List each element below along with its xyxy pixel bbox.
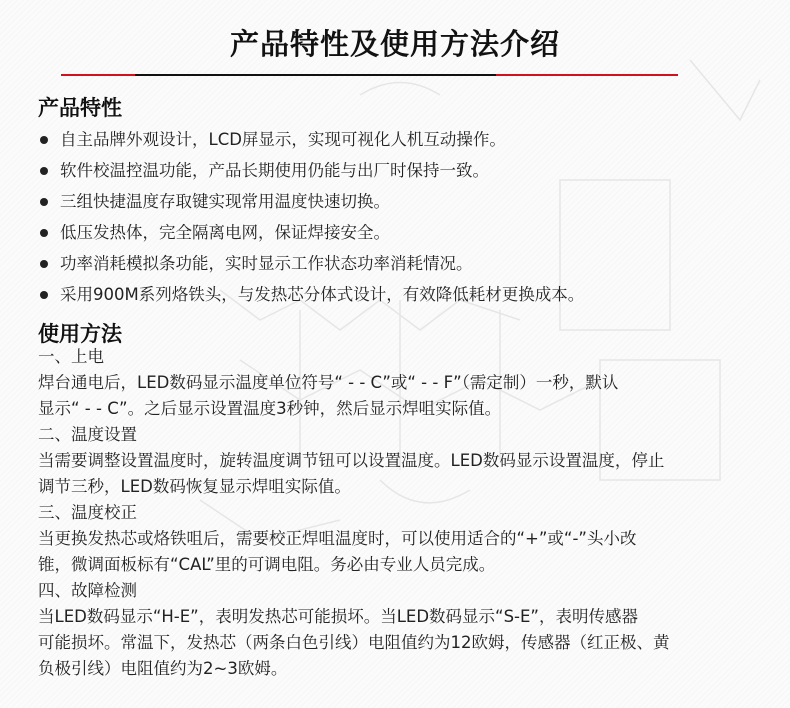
bullet-icon — [40, 136, 48, 144]
feature-item: 低压发热体，完全隔离电网，保证焊接安全。 — [38, 217, 778, 248]
section-line: 焊台通电后，LED数码显示温度单位符号“ - - C”或“ - - F”（需定制… — [38, 370, 758, 396]
bullet-icon — [40, 260, 48, 268]
usage-section-power-on: 一、上电 焊台通电后，LED数码显示温度单位符号“ - - C”或“ - - F… — [38, 344, 758, 422]
section-title: 二、温度设置 — [38, 422, 758, 448]
feature-item: 采用900M系列烙铁头，与发热芯分体式设计，有效降低耗材更换成本。 — [38, 279, 778, 310]
bullet-icon — [40, 229, 48, 237]
section-line: 显示“ - - C”。之后显示设置温度3秒钟，然后显示焊咀实际值。 — [38, 396, 758, 422]
feature-item: 三组快捷温度存取键实现常用温度快速切换。 — [38, 186, 778, 217]
section-title: 四、故障检测 — [38, 578, 758, 604]
usage-section-temp-calibration: 三、温度校正 当更换发热芯或烙铁咀后，需要校正焊咀温度时，可以使用适合的“+”或… — [38, 500, 758, 578]
section-line: 可能损坏。常温下，发热芯（两条白色引线）电阻值约为12欧姆，传感器（红正极、黄 — [38, 630, 758, 656]
product-intro-page: 产品特性及使用方法介绍 产品特性 自主品牌外观设计，LCD屏显示，实现可视化人机… — [0, 0, 790, 708]
divider-accent-right — [496, 74, 678, 76]
divider-center — [135, 74, 496, 76]
usage-sections: 一、上电 焊台通电后，LED数码显示温度单位符号“ - - C”或“ - - F… — [38, 344, 758, 682]
feature-item: 自主品牌外观设计，LCD屏显示，实现可视化人机互动操作。 — [38, 124, 778, 155]
feature-text: 软件校温控温功能，产品长期使用仍能与出厂时保持一致。 — [60, 155, 489, 186]
feature-item: 功率消耗模拟条功能，实时显示工作状态功率消耗情况。 — [38, 248, 778, 279]
feature-item: 软件校温控温功能，产品长期使用仍能与出厂时保持一致。 — [38, 155, 778, 186]
bullet-icon — [40, 167, 48, 175]
page-title: 产品特性及使用方法介绍 — [0, 22, 790, 63]
features-list: 自主品牌外观设计，LCD屏显示，实现可视化人机互动操作。 软件校温控温功能，产品… — [38, 124, 778, 310]
section-title: 一、上电 — [38, 344, 758, 370]
usage-section-fault-detection: 四、故障检测 当LED数码显示“H-E”，表明发热芯可能损坏。当LED数码显示“… — [38, 578, 758, 682]
section-line: 负极引线）电阻值约为2~3欧姆。 — [38, 656, 758, 682]
bullet-icon — [40, 198, 48, 206]
feature-text: 采用900M系列烙铁头，与发热芯分体式设计，有效降低耗材更换成本。 — [60, 279, 584, 310]
bullet-icon — [40, 291, 48, 299]
section-line: 当需要调整设置温度时，旋转温度调节钮可以设置温度。LED数码显示设置温度，停止 — [38, 448, 758, 474]
feature-text: 自主品牌外观设计，LCD屏显示，实现可视化人机互动操作。 — [60, 124, 506, 155]
section-line: 当LED数码显示“H-E”，表明发热芯可能损坏。当LED数码显示“S-E”，表明… — [38, 604, 758, 630]
section-line: 锥，微调面板标有“CAL”里的可调电阻。务必由专业人员完成。 — [38, 552, 758, 578]
section-line: 当更换发热芯或烙铁咀后，需要校正焊咀温度时，可以使用适合的“+”或“-”头小改 — [38, 526, 758, 552]
feature-text: 低压发热体，完全隔离电网，保证焊接安全。 — [60, 217, 390, 248]
title-divider — [61, 74, 678, 76]
usage-section-temp-setting: 二、温度设置 当需要调整设置温度时，旋转温度调节钮可以设置温度。LED数码显示设… — [38, 422, 758, 500]
feature-text: 功率消耗模拟条功能，实时显示工作状态功率消耗情况。 — [60, 248, 473, 279]
section-line: 调节三秒，LED数码恢复显示焊咀实际值。 — [38, 474, 758, 500]
section-title: 三、温度校正 — [38, 500, 758, 526]
feature-text: 三组快捷温度存取键实现常用温度快速切换。 — [60, 186, 390, 217]
features-heading: 产品特性 — [38, 92, 122, 122]
divider-accent-left — [61, 74, 135, 76]
